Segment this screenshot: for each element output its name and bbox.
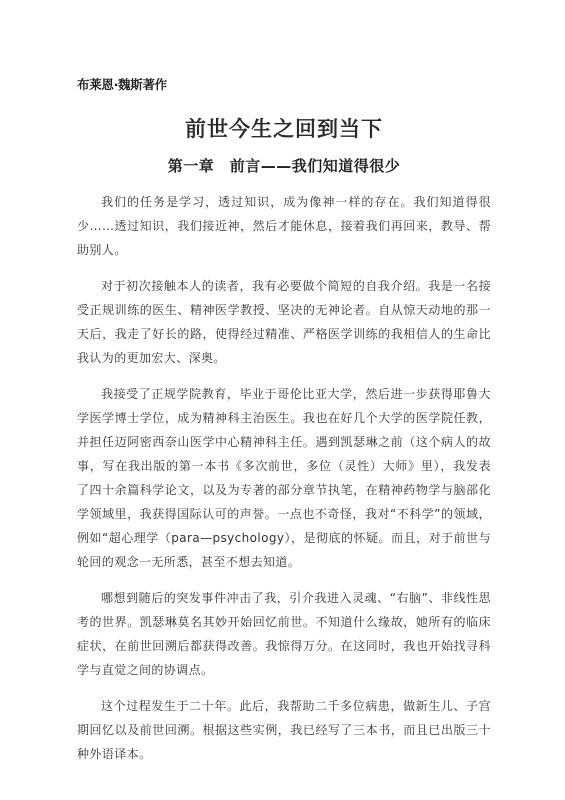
paragraph: 我们的任务是学习，透过知识，成为像神一样的存在。我们知道得很少……透过知识，我们…	[77, 190, 491, 262]
book-title: 前世今生之回到当下	[77, 116, 491, 142]
paragraph: 对于初次接触本人的读者，我有必要做个简短的自我介绍。我是一名接受正规训练的医生、…	[77, 274, 491, 370]
chapter-heading: 第一章 前言——我们知道得很少	[77, 156, 491, 176]
author-line: 布莱恩·魏斯著作	[77, 76, 491, 94]
paragraph: 我接受了正规学院教育，毕业于哥伦比亚大学，然后进一步获得耶鲁大学医学博士学位，成…	[77, 382, 491, 574]
document-page: 布莱恩·魏斯著作 前世今生之回到当下 第一章 前言——我们知道得很少 我们的任务…	[77, 76, 491, 778]
paragraph: 这个过程发生于二十年。此后，我帮助二千多位病患，做新生儿、子宫期回忆以及前世回溯…	[77, 694, 491, 766]
paragraph: 哪想到随后的突发事件冲击了我，引介我进入灵魂、“右脑”、非线性思考的世界。凯瑟琳…	[77, 586, 491, 682]
body-text: 我们的任务是学习，透过知识，成为像神一样的存在。我们知道得很少……透过知识，我们…	[77, 190, 491, 766]
